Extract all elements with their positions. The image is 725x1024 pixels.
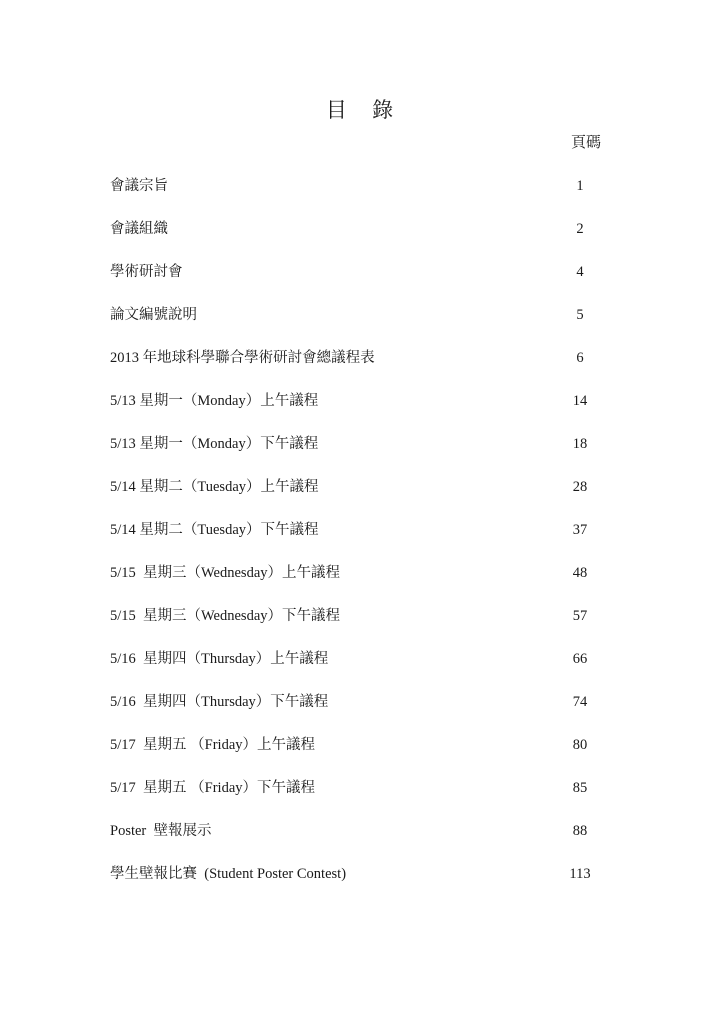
toc-entry-friday-am[interactable]: 5/17 星期五 （Friday）上午議程 80 [110,735,600,778]
toc-entry-student-poster-contest[interactable]: 學生壁報比賽 (Student Poster Contest) 113 [110,864,600,907]
toc-entry-label: 5/16 星期四（Thursday）上午議程 [110,649,328,669]
toc-entry-symposium[interactable]: 學術研討會 4 [110,262,600,305]
toc-entry-purpose[interactable]: 會議宗旨 1 [110,176,600,219]
toc-entry-page: 37 [560,520,600,540]
toc-entry-page: 4 [560,262,600,282]
toc-entry-page: 14 [560,391,600,411]
document-page: 目 錄 頁碼 會議宗旨 1 會議組織 2 學術研討會 4 論文編號說明 5 20… [0,0,725,1024]
toc-entry-wednesday-am[interactable]: 5/15 星期三（Wednesday）上午議程 48 [110,563,600,606]
table-of-contents: 會議宗旨 1 會議組織 2 學術研討會 4 論文編號說明 5 2013 年地球科… [110,176,600,907]
page-number-column-header: 頁碼 [571,133,601,153]
toc-entry-page: 66 [560,649,600,669]
toc-entry-label: 5/14 星期二（Tuesday）下午議程 [110,520,319,540]
toc-entry-page: 2 [560,219,600,239]
toc-entry-label: 5/17 星期五 （Friday）下午議程 [110,778,315,798]
toc-entry-label: 學術研討會 [110,262,183,282]
toc-entry-page: 6 [560,348,600,368]
toc-entry-page: 113 [560,864,600,884]
toc-entry-label: 學生壁報比賽 (Student Poster Contest) [110,864,346,884]
toc-entry-label: 5/14 星期二（Tuesday）上午議程 [110,477,319,497]
toc-entry-page: 18 [560,434,600,454]
toc-entry-label: 會議宗旨 [110,176,168,196]
toc-entry-label: 5/17 星期五 （Friday）上午議程 [110,735,315,755]
toc-entry-paper-numbering[interactable]: 論文編號說明 5 [110,305,600,348]
toc-entry-tuesday-pm[interactable]: 5/14 星期二（Tuesday）下午議程 37 [110,520,600,563]
toc-entry-page: 48 [560,563,600,583]
toc-entry-thursday-am[interactable]: 5/16 星期四（Thursday）上午議程 66 [110,649,600,692]
toc-entry-label: Poster 壁報展示 [110,821,212,841]
toc-entry-thursday-pm[interactable]: 5/16 星期四（Thursday）下午議程 74 [110,692,600,735]
toc-entry-page: 85 [560,778,600,798]
toc-entry-monday-am[interactable]: 5/13 星期一（Monday）上午議程 14 [110,391,600,434]
toc-entry-page: 57 [560,606,600,626]
toc-entry-poster[interactable]: Poster 壁報展示 88 [110,821,600,864]
toc-entry-tuesday-am[interactable]: 5/14 星期二（Tuesday）上午議程 28 [110,477,600,520]
toc-entry-friday-pm[interactable]: 5/17 星期五 （Friday）下午議程 85 [110,778,600,821]
toc-entry-label: 5/13 星期一（Monday）下午議程 [110,434,318,454]
page-title: 目 錄 [0,96,725,124]
toc-entry-overall-schedule[interactable]: 2013 年地球科學聯合學術研討會總議程表 6 [110,348,600,391]
toc-entry-label: 5/16 星期四（Thursday）下午議程 [110,692,328,712]
toc-entry-organization[interactable]: 會議組織 2 [110,219,600,262]
toc-entry-label: 論文編號說明 [110,305,197,325]
toc-entry-label: 5/15 星期三（Wednesday）下午議程 [110,606,340,626]
toc-entry-label: 會議組織 [110,219,168,239]
toc-entry-page: 80 [560,735,600,755]
toc-entry-page: 1 [560,176,600,196]
toc-entry-wednesday-pm[interactable]: 5/15 星期三（Wednesday）下午議程 57 [110,606,600,649]
toc-entry-monday-pm[interactable]: 5/13 星期一（Monday）下午議程 18 [110,434,600,477]
toc-entry-page: 74 [560,692,600,712]
toc-entry-label: 5/13 星期一（Monday）上午議程 [110,391,318,411]
toc-entry-label: 2013 年地球科學聯合學術研討會總議程表 [110,348,375,368]
toc-entry-page: 5 [560,305,600,325]
toc-entry-page: 28 [560,477,600,497]
toc-entry-page: 88 [560,821,600,841]
toc-entry-label: 5/15 星期三（Wednesday）上午議程 [110,563,340,583]
